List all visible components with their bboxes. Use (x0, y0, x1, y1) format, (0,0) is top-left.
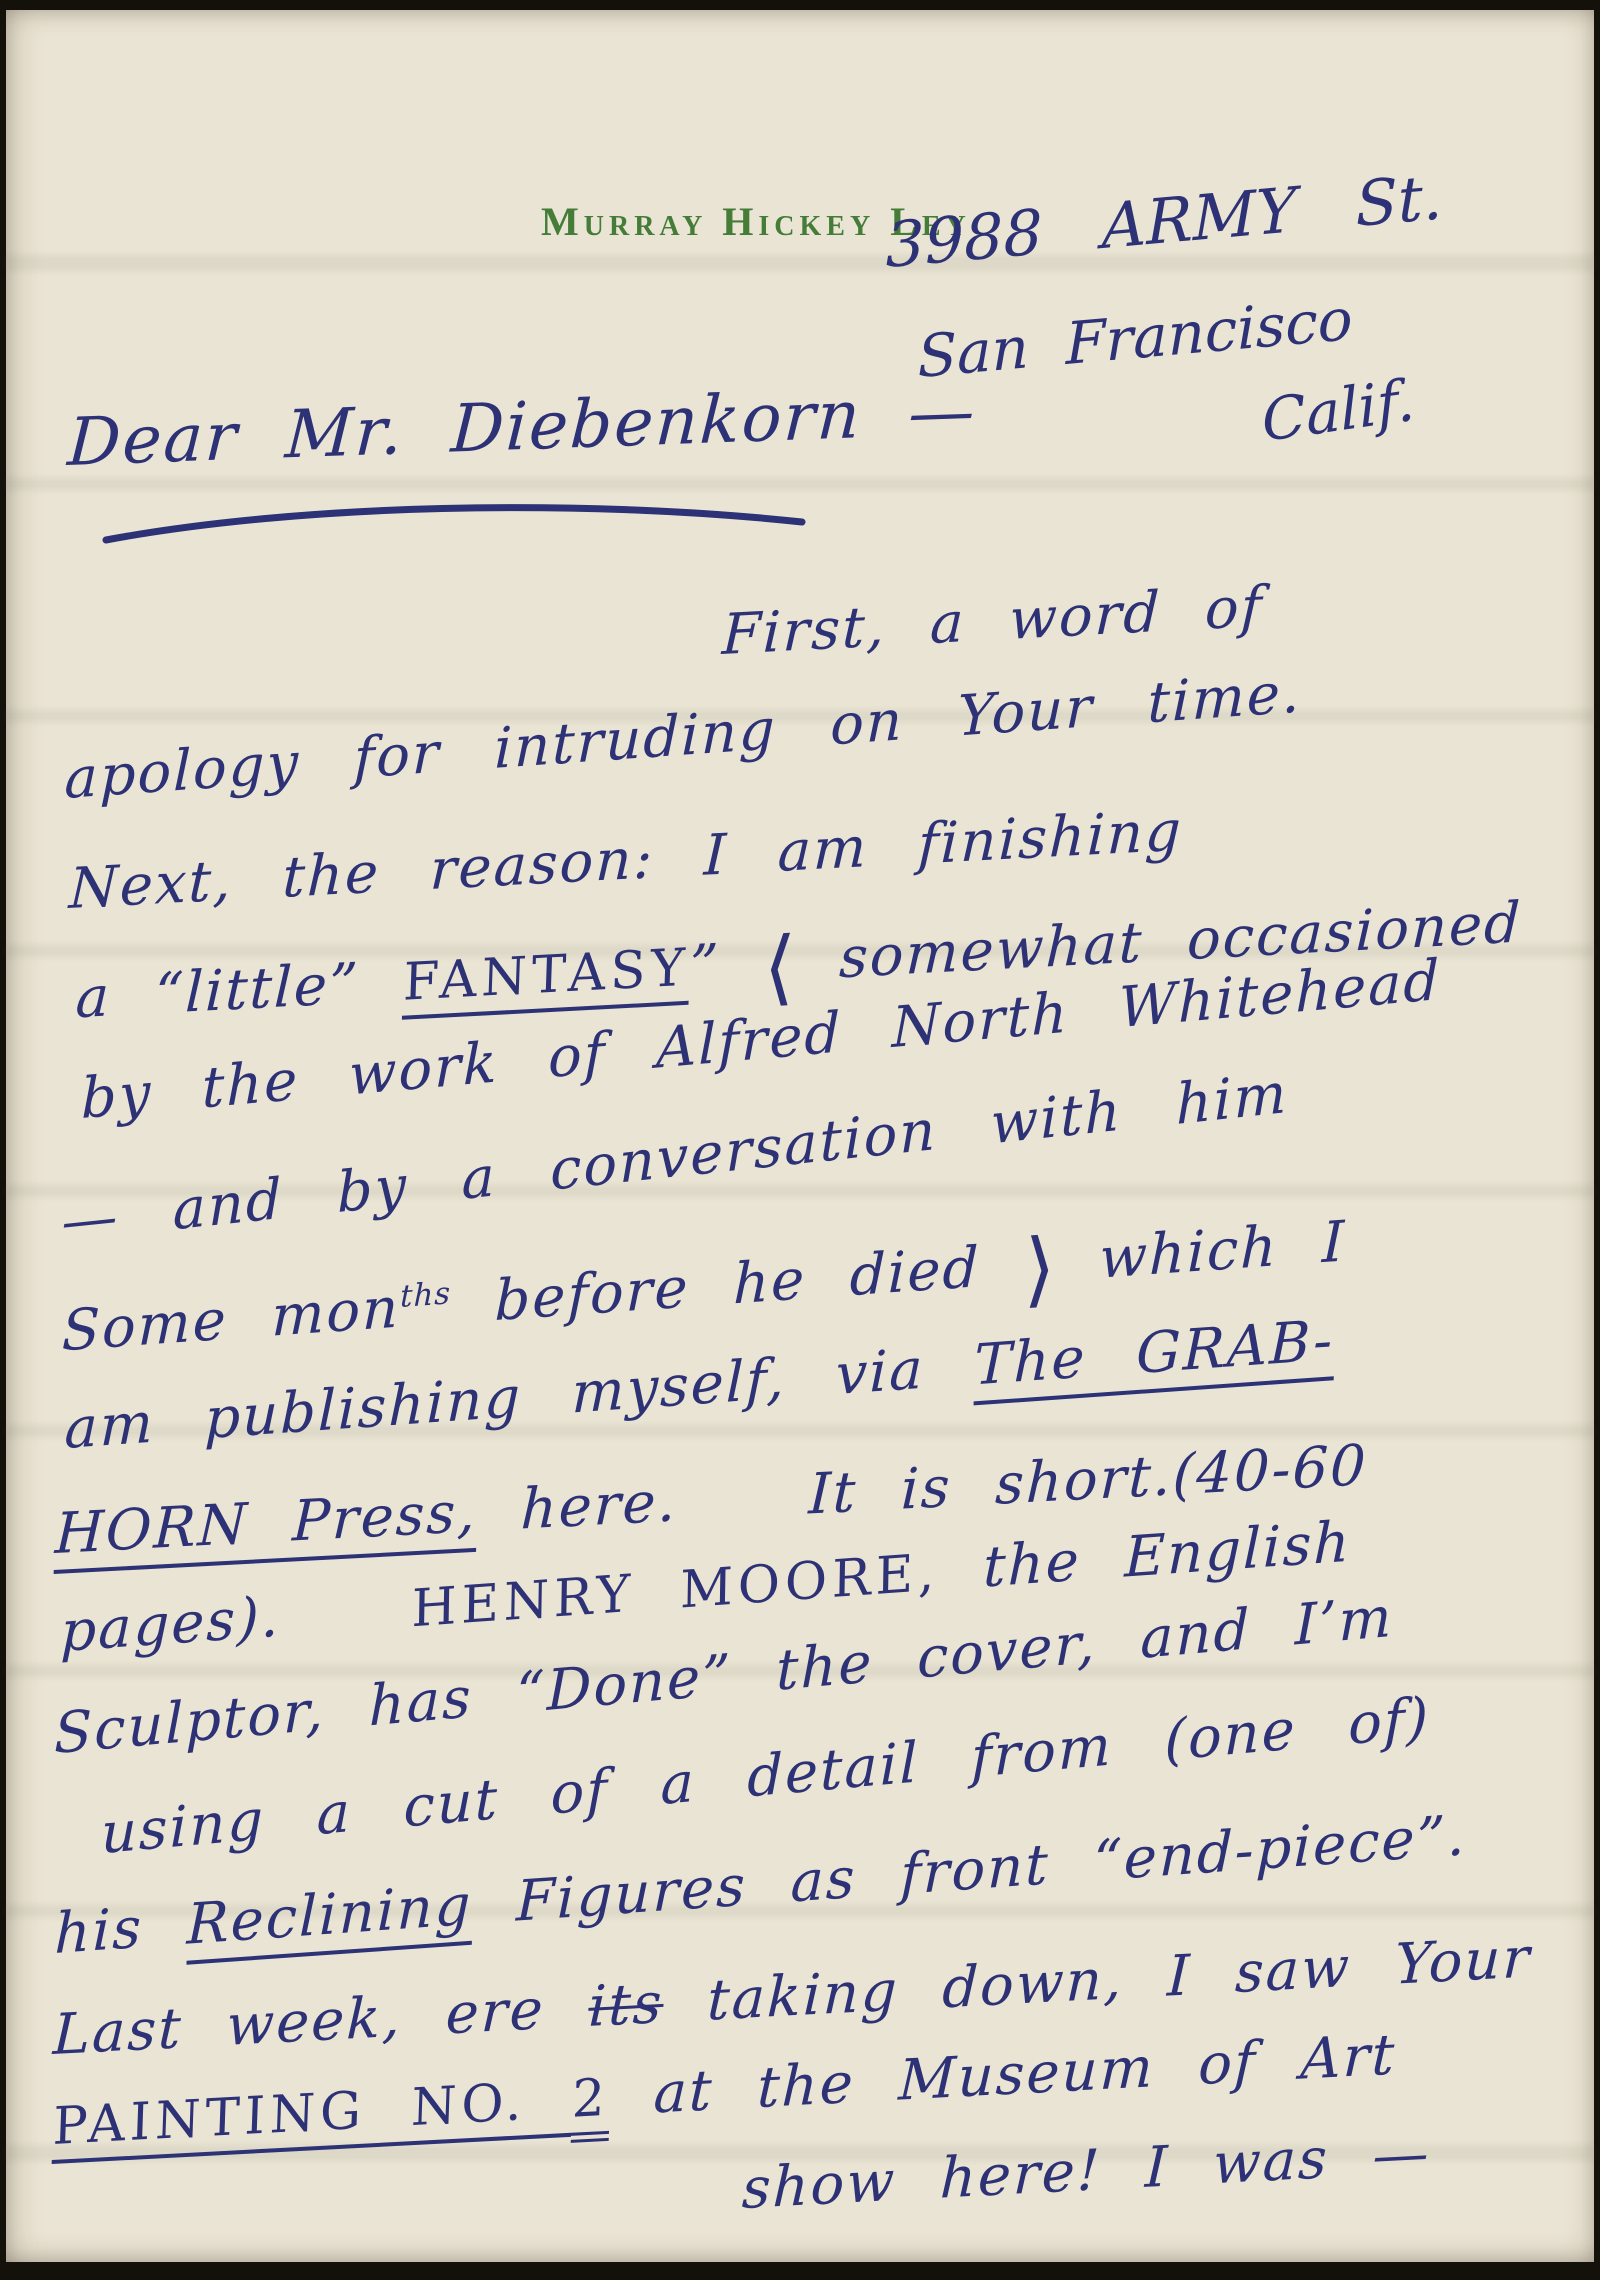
text-segment: the English (939, 1510, 1352, 1604)
open-angle-bracket: ⟨ (762, 920, 797, 1016)
text-segment: Next, the reason: I am finishing (68, 798, 1184, 922)
underlined-reclining: Reclining (186, 1873, 473, 1965)
underlined-grabhorn-2: HORN Press, (54, 1480, 479, 1574)
henry-moore-caps: HENRY MOORE, (411, 1542, 940, 1639)
body-line-1: apology for intruding on Your time. (64, 665, 1302, 808)
text-segment: ” (688, 930, 765, 999)
body-line-2: Next, the reason: I am finishing (68, 803, 1184, 918)
body-line-15: show here! I was — (741, 2126, 1431, 2218)
underlined-grabhorn-1: The GRAB- (973, 1308, 1334, 1405)
scanned-letter-photo: Murray Hickey Ley 3988 ARMY St. San Fran… (0, 0, 1600, 2280)
letter-paper: Murray Hickey Ley 3988 ARMY St. San Fran… (6, 10, 1594, 2262)
text-segment: a “little” (75, 949, 405, 1031)
text-segment: which I (1055, 1209, 1346, 1295)
text-segment: First, a word of (721, 574, 1265, 668)
salutation: Dear Mr. Diebenkorn — (66, 378, 978, 476)
salutation-underline (98, 482, 818, 552)
body-line-0: First, a word of (721, 579, 1264, 664)
text-segment: Figures as front “end-piece”. (472, 1803, 1468, 1938)
text-segment: his (54, 1893, 187, 1967)
text-segment: Some mon (61, 1275, 400, 1364)
text-segment: apology for intruding on Your time. (64, 660, 1302, 812)
text-segment: pages). (60, 1575, 412, 1665)
text-segment: Last week, ere (52, 1975, 590, 2068)
struck-out-word: its (587, 1971, 664, 2040)
text-segment: before he died (450, 1232, 1024, 1337)
double-underlined-2: 2 (571, 2068, 611, 2143)
text-segment: at the Museum of Art (609, 2022, 1397, 2128)
text-segment: taking down, I saw Your (662, 1925, 1532, 2036)
address-city: San Francisco (917, 290, 1353, 386)
superscript-ths: ths (400, 1275, 452, 1315)
address-state: Calif. (1260, 371, 1416, 450)
close-angle-bracket: ⟩ (1023, 1221, 1056, 1318)
paper-showthrough-band (6, 255, 1594, 271)
text-segment: show here! I was — (741, 2121, 1432, 2222)
underlined-title-fantasy: FANTASY (402, 938, 691, 1020)
